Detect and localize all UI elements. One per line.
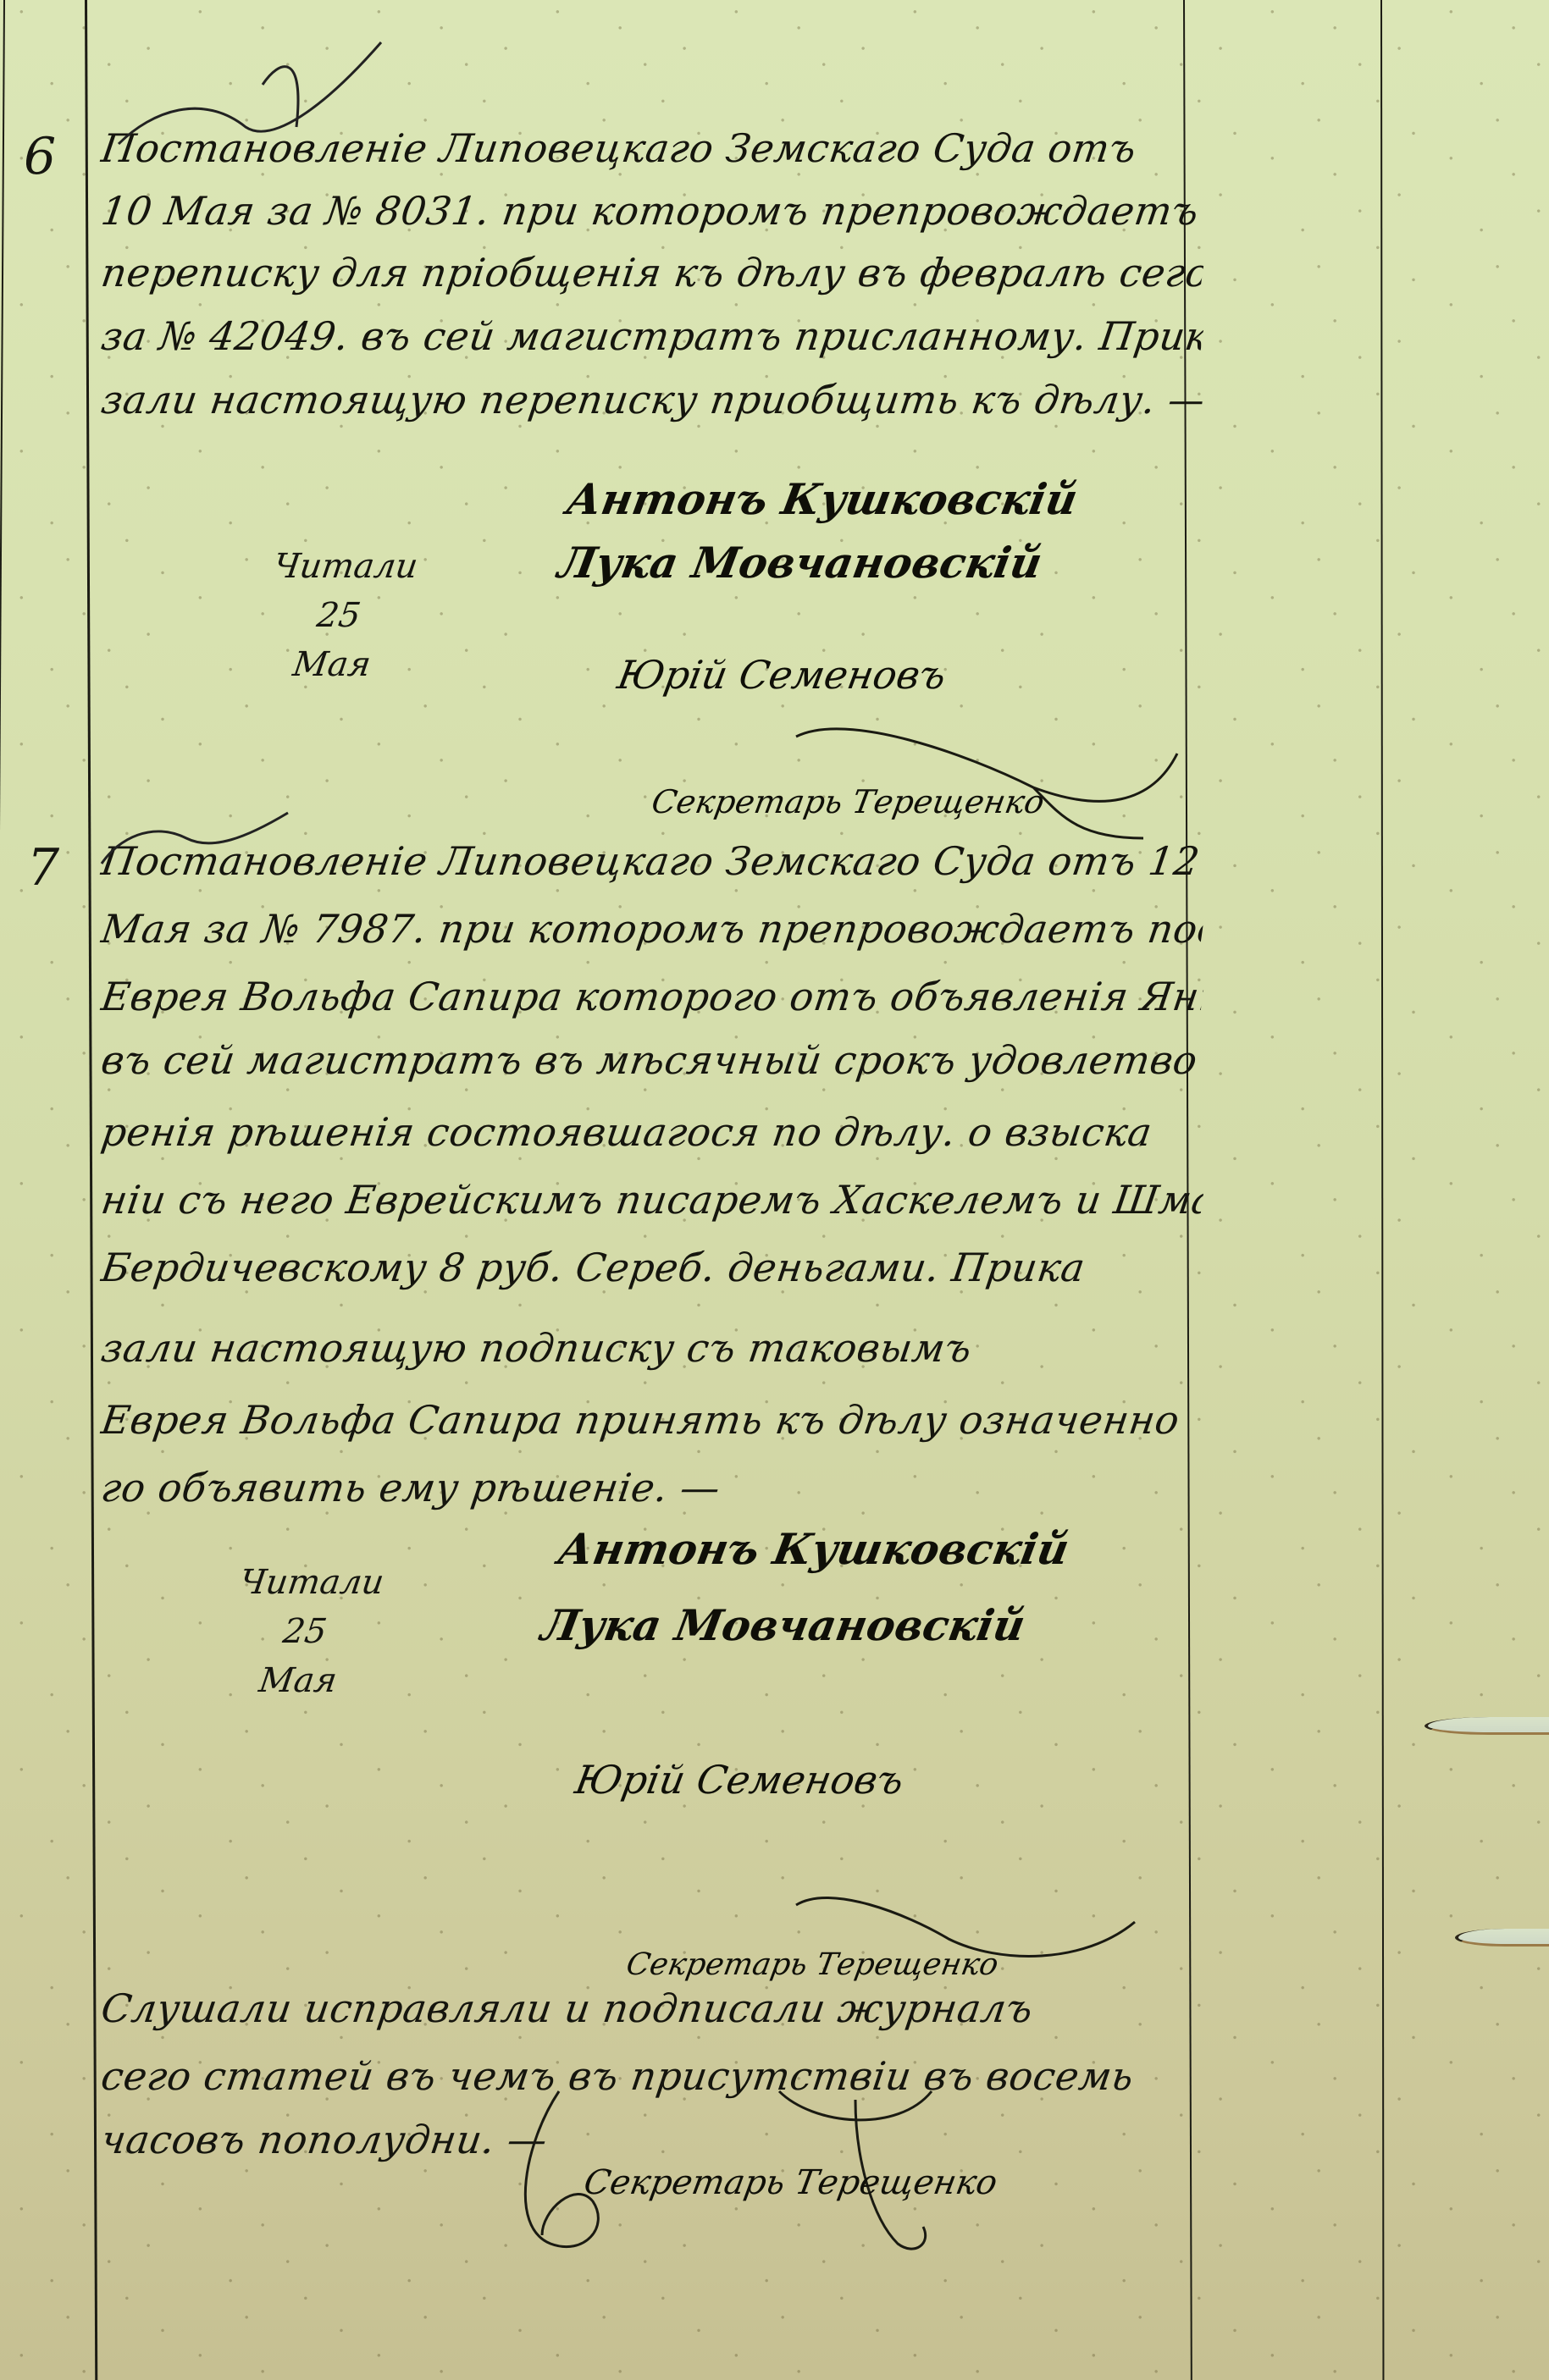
closing-line-1: Слушали исправляли и подписали журналъ xyxy=(98,1985,1206,2031)
entry-number: 7 xyxy=(27,838,59,897)
read-day: 25 xyxy=(217,1607,393,1656)
entry-7-line-3: Еврея Вольфа Сапира которого отъ объявле… xyxy=(98,974,1206,1019)
signature-semenov: Юрій Семеновъ xyxy=(572,1757,907,1803)
entry-6-line-3: переписку для пріобщенія къ дѣлу въ февр… xyxy=(98,250,1206,295)
signature-movchanovsky: Лука Мовчановскій xyxy=(538,1600,1029,1650)
left-edge-rule xyxy=(0,0,5,2380)
entry-6-line-5: зали настоящую переписку приобщить къ дѣ… xyxy=(98,377,1206,422)
entry-7-line-10: го объявить ему рѣшеніе. — xyxy=(98,1465,1206,1510)
entry-7-line-9: Еврея Вольфа Сапира принять къ дѣлу озна… xyxy=(98,1397,1206,1443)
closing-signature-tereshchenko: Секретарь Терещенко xyxy=(581,2163,1000,2202)
entry-7-line-7: Бердичевскому 8 руб. Сереб. деньгами. Пр… xyxy=(98,1245,1206,1290)
closing-line-2: сего статей въ чемъ въ присутствіи въ во… xyxy=(98,2053,1206,2099)
read-month: Мая xyxy=(210,1656,386,1705)
entry-7-line-6: ніи съ него Еврейскимъ писаремъ Хаскелем… xyxy=(98,1177,1206,1223)
entry-7-line-8: зали настоящую подписку съ таковымъ xyxy=(98,1325,1206,1371)
outer-right-rule xyxy=(1380,0,1384,2380)
signature-kushkovsky: Антонъ Кушковскій xyxy=(555,1524,1073,1574)
entry-number: 6 xyxy=(24,127,56,186)
read-month: Мая xyxy=(244,640,420,689)
entry-7-line-2: Мая за № 7987. при которомъ препровождае… xyxy=(98,906,1206,952)
entry-7-line-5: ренія рѣшенія состоявшагося по дѣлу. о в… xyxy=(98,1109,1206,1155)
paper-tear-upper xyxy=(1425,1717,1549,1735)
read-label: Читали xyxy=(224,1558,400,1607)
entry-6-line-1: Постановленіе Липовецкаго Земскаго Суда … xyxy=(98,125,1206,171)
entry-6-line-4: за № 42049. въ сей магистратъ присланном… xyxy=(98,313,1206,359)
closing-line-3: часовъ пополудни. — xyxy=(98,2117,1206,2162)
signature-movchanovsky: Лука Мовчановскій xyxy=(555,538,1046,588)
signature-tereshchenko-entry-7: Секретарь Терещенко xyxy=(623,1947,1001,1982)
entry-7-line-4: въ сей магистратъ въ мѣсячный срокъ удов… xyxy=(98,1037,1206,1083)
read-note-entry-6: Читали 25 Мая xyxy=(244,542,434,689)
read-day: 25 xyxy=(251,591,427,640)
read-label: Читали xyxy=(257,542,434,591)
paper-tear-lower xyxy=(1455,1929,1549,1947)
margin-rule xyxy=(85,0,97,2380)
entry-6-line-2: 10 Мая за № 8031. при которомъ препровож… xyxy=(98,188,1206,234)
read-note-entry-7: Читали 25 Мая xyxy=(210,1558,400,1705)
entry-7-line-1: Постановленіе Липовецкаго Земскаго Суда … xyxy=(98,838,1206,884)
signature-semenov: Юрій Семеновъ xyxy=(614,652,949,698)
signature-tereshchenko-entry-6: Секретарь Терещенко xyxy=(649,783,1047,820)
signature-kushkovsky: Антонъ Кушковскій xyxy=(563,474,1082,524)
